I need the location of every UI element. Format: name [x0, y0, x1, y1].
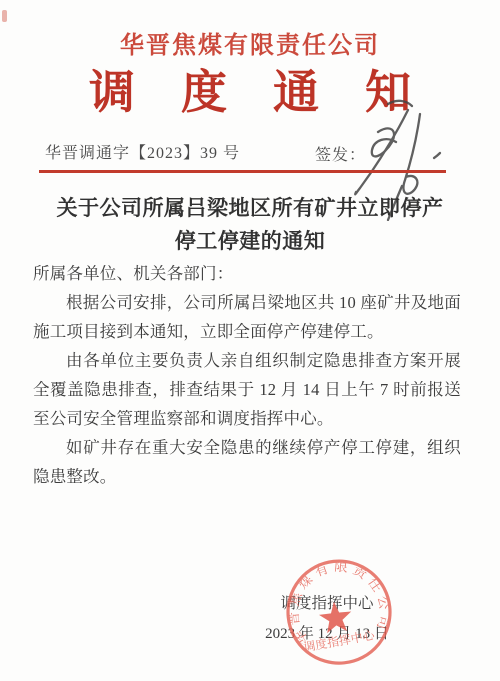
seal-star-icon [318, 600, 353, 634]
notice-title-line1: 关于公司所属吕梁地区所有矿井立即停产 [30, 192, 470, 225]
company-name: 华晋焦煤有限责任公司 [0, 25, 500, 60]
notice-body: 所属各单位、机关各部门： 根据公司安排，公司所属吕梁地区共 10 座矿井及地面施… [33, 259, 461, 491]
notice-title-line2: 停工停建的通知 [30, 225, 470, 258]
paragraph-3: 如矿井存在重大安全隐患的继续停产停工停建，组织隐患整改。 [33, 433, 461, 491]
scanned-notice-page: 华晋焦煤有限责任公司 调 度 通 知 华晋调通字【2023】39 号 签发： 关… [0, 0, 500, 681]
header-divider-rule [39, 170, 446, 173]
document-number: 华晋调通字【2023】39 号 [45, 140, 240, 163]
official-red-seal: 华晋焦煤有限责任公司 调度指挥中心 [279, 551, 400, 674]
paragraph-2: 由各单位主要负责人亲自组织制定隐患排查方案开展全覆盖隐患排查，排查结果于 12 … [33, 346, 461, 433]
paragraph-1: 根据公司安排，公司所属吕梁地区共 10 座矿井及地面施工项目接到本通知，立即全面… [33, 288, 461, 346]
notice-title: 关于公司所属吕梁地区所有矿井立即停产 停工停建的通知 [30, 192, 470, 258]
seal-bottom-text: 调度指挥中心 [302, 627, 376, 654]
scan-artifact [2, 10, 7, 22]
salutation: 所属各单位、机关各部门： [33, 259, 461, 288]
